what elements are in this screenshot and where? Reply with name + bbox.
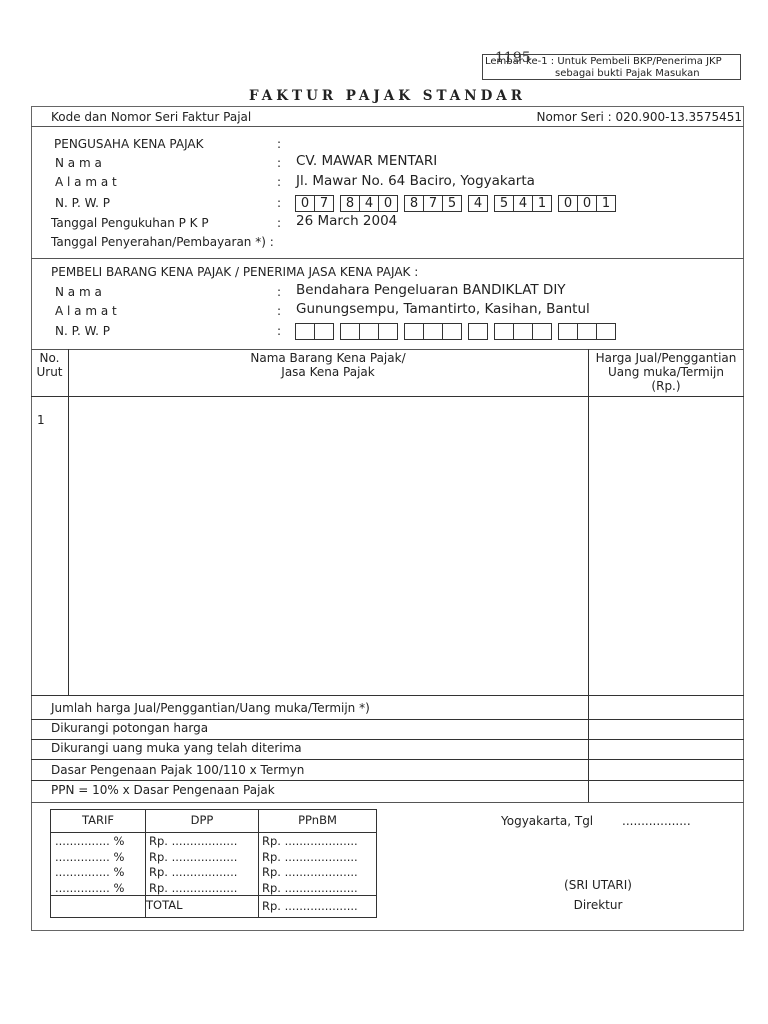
item-no: 1: [37, 413, 45, 427]
col-harga-line: (Rp.): [588, 379, 744, 393]
seller-heading: PENGUSAHA KENA PAJAK: [54, 137, 204, 151]
summary-potongan: Dikurangi potongan harga: [51, 721, 208, 735]
ppnbm-table: TARIF DPP PPnBM ............... %Rp. ...…: [50, 809, 377, 918]
ppnbm-cell: Rp. ....................: [262, 834, 358, 848]
tarif-cell: ............... %: [55, 850, 124, 864]
divider: [31, 258, 744, 259]
npwp-digit: [559, 324, 578, 339]
lembar-line-2: sebagai bukti Pajak Masukan: [555, 68, 700, 80]
colon: :: [277, 156, 281, 170]
tgl-penyerahan-label: Tanggal Penyerahan/Pembayaran *) :: [51, 235, 274, 249]
buyer-alamat: Gunungsempu, Tamantirto, Kasihan, Bantul: [296, 301, 590, 317]
buyer-npwp-label: N. P. W. P: [55, 324, 110, 338]
buyer-alamat-label: A l a m a t: [55, 304, 117, 318]
npwp-digit: [578, 324, 597, 339]
divider: [31, 719, 744, 720]
npwp-digit: 1: [597, 196, 615, 211]
npwp-digit: 7: [315, 196, 333, 211]
buyer-nama-label: N a m a: [55, 285, 102, 299]
npwp-digit: 1: [533, 196, 551, 211]
seller-npwp-boxes: 078408754541001: [295, 195, 616, 212]
npwp-digit: [597, 324, 615, 339]
npwp-group: [340, 323, 398, 340]
divider: [31, 759, 744, 760]
divider: [31, 349, 744, 350]
npwp-group: [494, 323, 552, 340]
seller-alamat-label: A l a m a t: [55, 175, 117, 189]
seller-nama: CV. MAWAR MENTARI: [296, 153, 437, 169]
tgl-pkp-value: 26 March 2004: [296, 213, 397, 229]
date-dots: ..................: [622, 814, 691, 828]
colon: :: [277, 175, 281, 189]
nomor-seri: Nomor Seri : 020.900-13.3575451: [536, 110, 742, 124]
summary-jumlah: Jumlah harga Jual/Penggantian/Uang muka/…: [51, 701, 370, 715]
npwp-digit: 0: [578, 196, 597, 211]
npwp-group: [404, 323, 462, 340]
colon: :: [277, 216, 281, 230]
divider: [51, 832, 376, 833]
header-tarif: TARIF: [51, 813, 145, 827]
npwp-digit: 0: [379, 196, 397, 211]
npwp-digit: 4: [360, 196, 379, 211]
divider: [31, 802, 744, 803]
stamp-number: 1195: [495, 52, 531, 64]
summary-ppn: PPN = 10% x Dasar Pengenaan Pajak: [51, 783, 275, 797]
divider: [31, 739, 744, 740]
dpp-cell: Rp. ..................: [149, 881, 237, 895]
colon: :: [277, 324, 281, 338]
divider: [51, 895, 376, 896]
npwp-group: 4: [468, 195, 488, 212]
colon: :: [277, 304, 281, 318]
buyer-heading: PEMBELI BARANG KENA PAJAK / PENERIMA JAS…: [51, 265, 418, 279]
npwp-digit: [469, 324, 487, 339]
npwp-digit: 4: [514, 196, 533, 211]
col-divider: [588, 349, 589, 803]
place-date-label: Yogyakarta, Tgl: [501, 814, 593, 828]
seller-npwp-label: N. P. W. P: [55, 196, 110, 210]
npwp-digit: 5: [443, 196, 461, 211]
buyer-nama: Bendahara Pengeluaran BANDIKLAT DIY: [296, 282, 566, 298]
col-nama-line: Nama Barang Kena Pajak/: [68, 351, 588, 365]
dpp-cell: Rp. ..................: [149, 850, 237, 864]
npwp-digit: [533, 324, 551, 339]
summary-dpp: Dasar Pengenaan Pajak 100/110 x Termyn: [51, 763, 304, 777]
npwp-group: [295, 323, 334, 340]
npwp-digit: [405, 324, 424, 339]
kode-label: Kode dan Nomor Seri Faktur Pajal: [51, 110, 251, 124]
col-harga-header: Harga Jual/Penggantian Uang muka/Termijn…: [588, 351, 744, 393]
npwp-digit: 8: [341, 196, 360, 211]
seller-nama-label: N a m a: [55, 156, 102, 170]
header-ppnbm: PPnBM: [259, 813, 376, 827]
npwp-digit: [379, 324, 397, 339]
npwp-group: [558, 323, 616, 340]
signer-position: Direktur: [528, 898, 668, 912]
document-title: FAKTUR PAJAK STANDAR: [0, 88, 768, 104]
signer-name: (SRI UTARI): [528, 878, 668, 892]
npwp-digit: 8: [405, 196, 424, 211]
ppnbm-cell: Rp. ....................: [262, 850, 358, 864]
npwp-digit: [514, 324, 533, 339]
npwp-digit: 0: [559, 196, 578, 211]
npwp-digit: [360, 324, 379, 339]
npwp-digit: 5: [495, 196, 514, 211]
col-no-header: No. Urut: [31, 351, 68, 379]
buyer-npwp-boxes: [295, 323, 616, 340]
npwp-group: 001: [558, 195, 616, 212]
ppnbm-cell: Rp. ....................: [262, 881, 358, 895]
npwp-digit: [341, 324, 360, 339]
npwp-group: 541: [494, 195, 552, 212]
dpp-cell: Rp. ..................: [149, 834, 237, 848]
npwp-group: 840: [340, 195, 398, 212]
npwp-digit: [296, 324, 315, 339]
lembar-note: Lembar ke-1 : Untuk Pembeli BKP/Penerima…: [482, 54, 741, 80]
col-no-line: Urut: [31, 365, 68, 379]
col-divider: [68, 349, 69, 695]
col-harga-line: Harga Jual/Penggantian: [588, 351, 744, 365]
npwp-digit: [495, 324, 514, 339]
colon: :: [277, 285, 281, 299]
npwp-group: 07: [295, 195, 334, 212]
divider: [31, 396, 744, 397]
divider: [31, 695, 744, 696]
colon: :: [277, 196, 281, 210]
col-no-line: No.: [31, 351, 68, 365]
dpp-cell: Rp. ..................: [149, 865, 237, 879]
divider: [31, 126, 744, 127]
seller-alamat: Jl. Mawar No. 64 Baciro, Yogyakarta: [296, 173, 535, 189]
ppnbm-cell: Rp. ....................: [262, 865, 358, 879]
col-nama-line: Jasa Kena Pajak: [68, 365, 588, 379]
tarif-cell: ............... %: [55, 834, 124, 848]
npwp-group: 875: [404, 195, 462, 212]
npwp-digit: [424, 324, 443, 339]
npwp-digit: [315, 324, 333, 339]
npwp-digit: 0: [296, 196, 315, 211]
npwp-digit: 4: [469, 196, 487, 211]
npwp-digit: [443, 324, 461, 339]
tarif-cell: ............... %: [55, 865, 124, 879]
summary-uang-muka: Dikurangi uang muka yang telah diterima: [51, 741, 302, 755]
col-nama-header: Nama Barang Kena Pajak/ Jasa Kena Pajak: [68, 351, 588, 379]
header-dpp: DPP: [146, 813, 258, 827]
npwp-group: [468, 323, 488, 340]
total-value: Rp. ....................: [262, 899, 358, 913]
divider: [31, 780, 744, 781]
npwp-digit: 7: [424, 196, 443, 211]
tarif-cell: ............... %: [55, 881, 124, 895]
tgl-pkp-label: Tanggal Pengukuhan P K P: [51, 216, 209, 230]
col-harga-line: Uang muka/Termijn: [588, 365, 744, 379]
colon: :: [277, 137, 281, 151]
total-label: TOTAL: [146, 898, 182, 912]
